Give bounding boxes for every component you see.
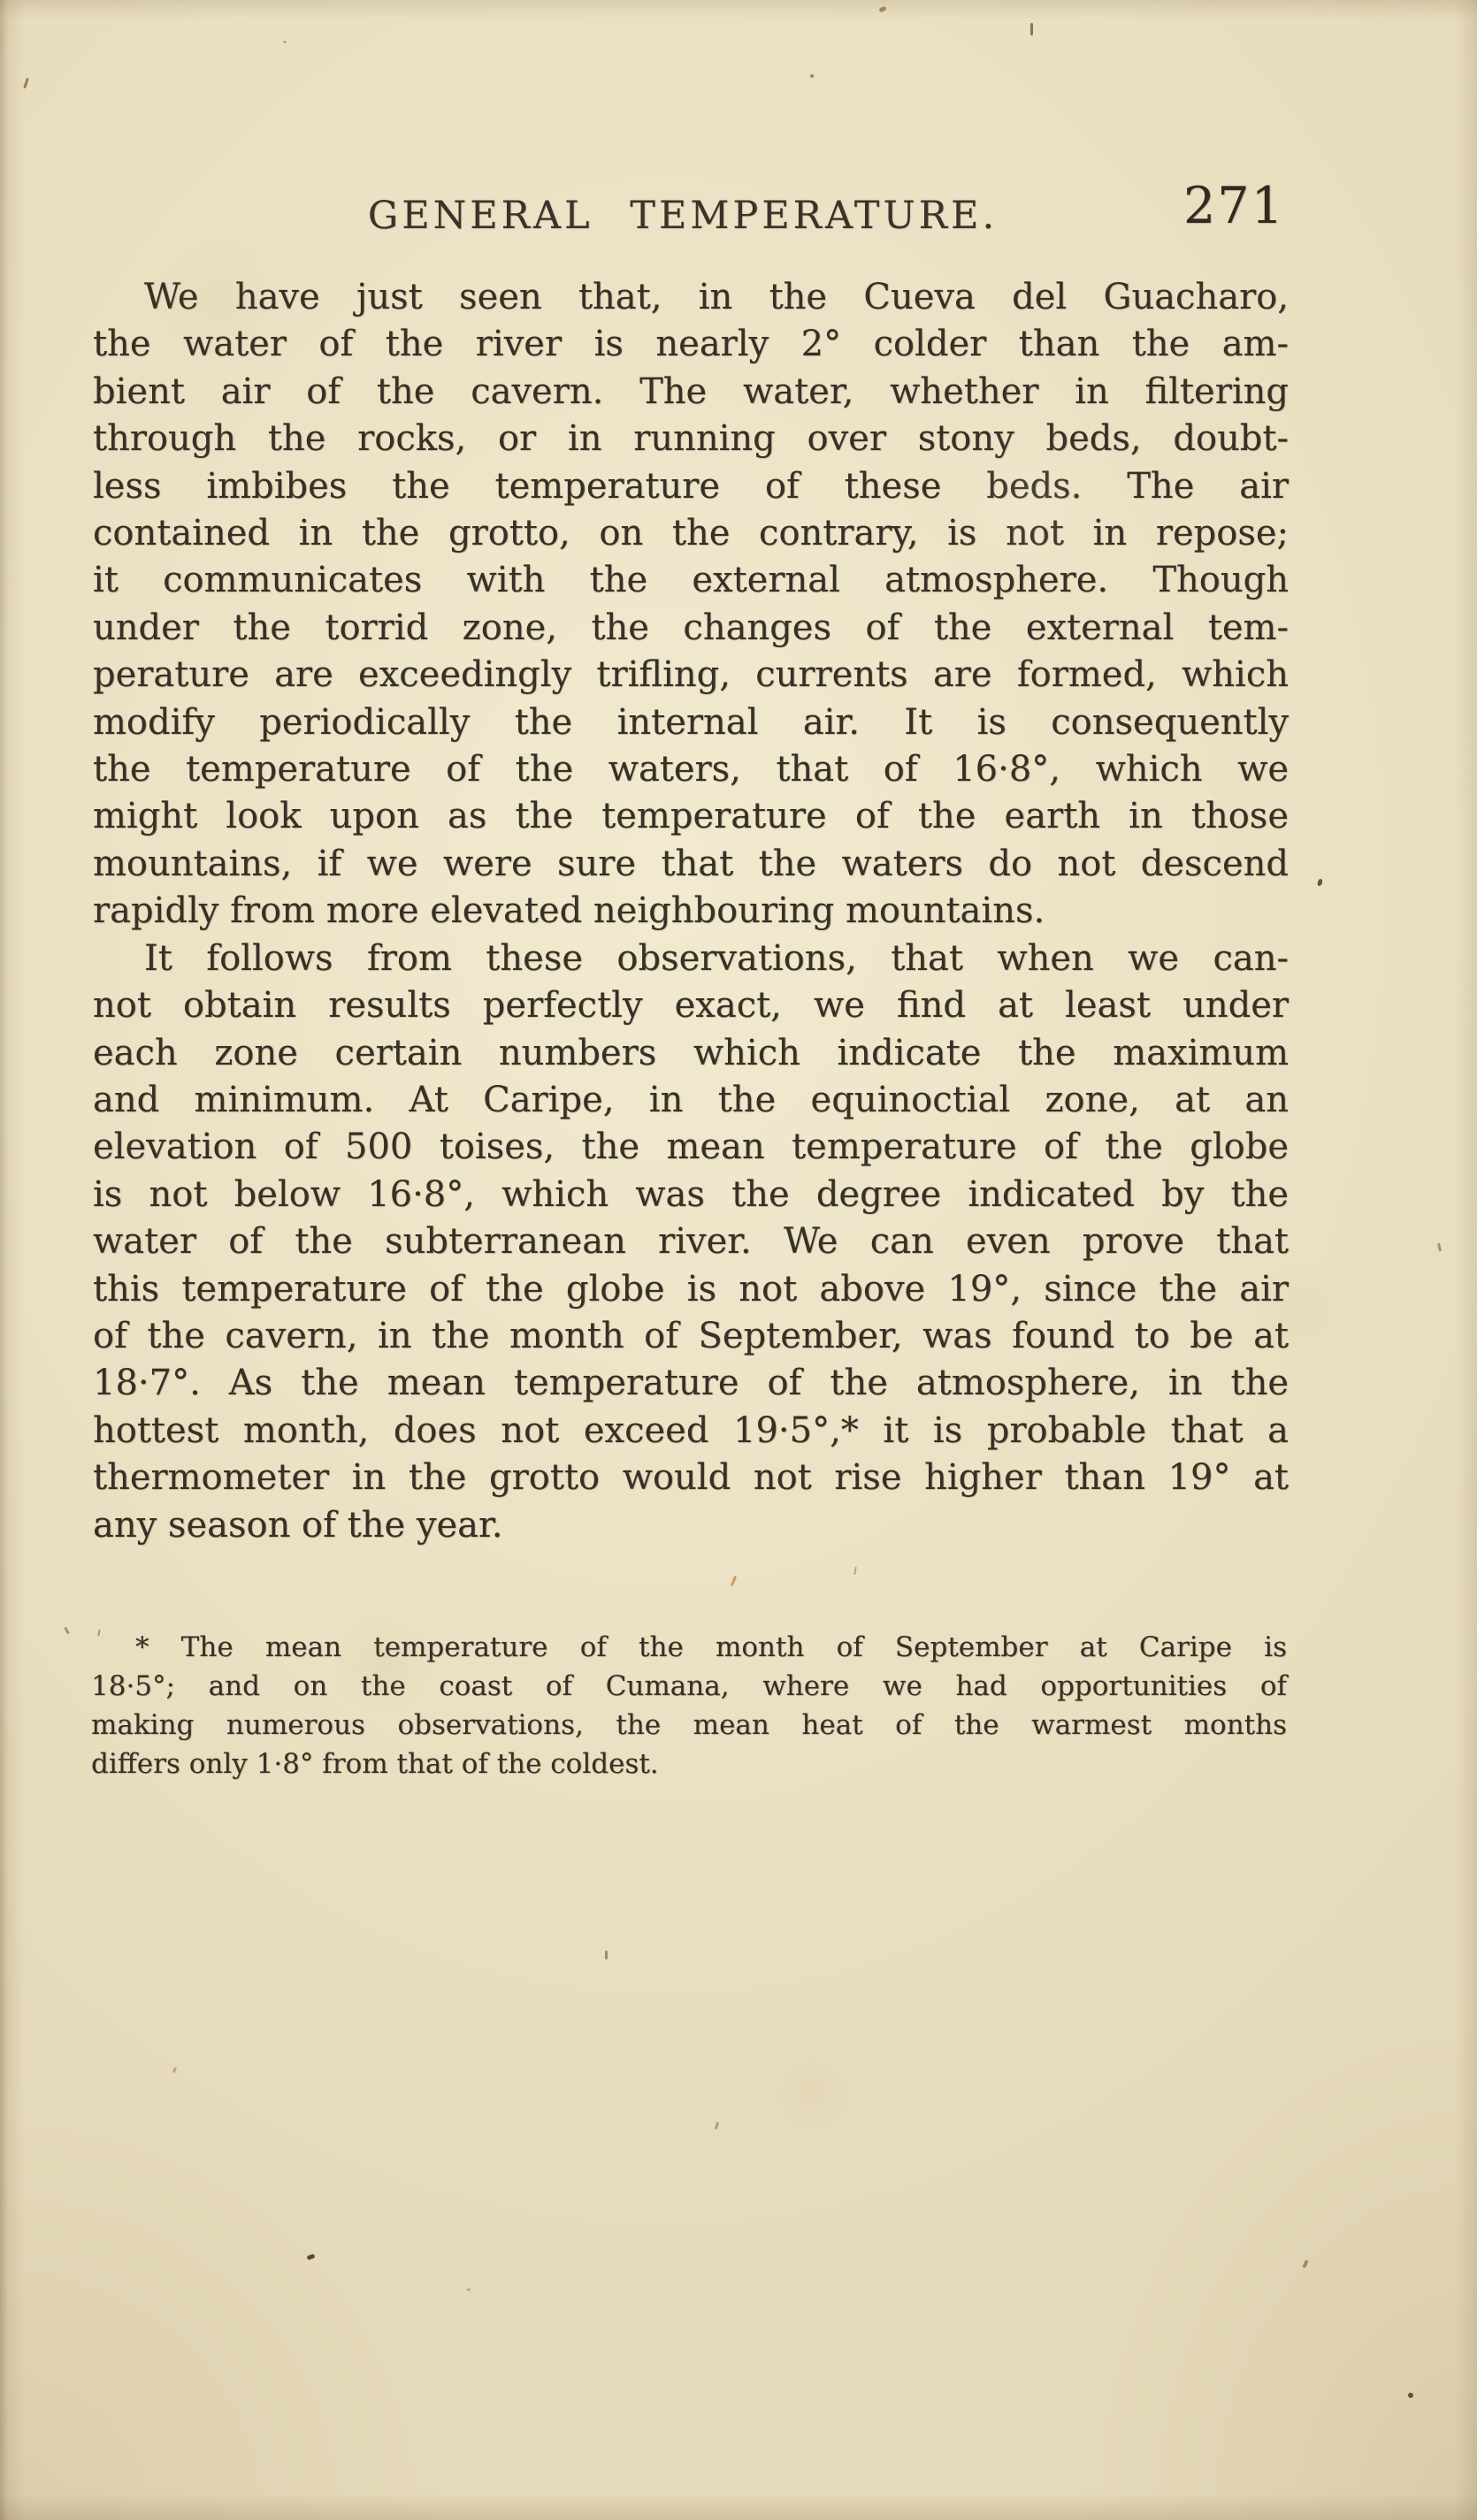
text-line: might look upon as the temperature of th…	[93, 793, 1289, 840]
text-line: elevation of 500 toises, the mean temper…	[93, 1124, 1289, 1171]
text-line: It follows from these observations, that…	[93, 935, 1289, 982]
paper-speck	[878, 6, 886, 13]
paper-speck	[306, 2254, 315, 2261]
footnote-line: differs only 1·8° from that of the colde…	[91, 1745, 1287, 1783]
paragraph: It follows from these observations, that…	[93, 935, 1289, 1549]
text-line: perature are exceedingly trifling, curre…	[93, 652, 1289, 699]
text-line: not obtain results perfectly exact, we f…	[93, 982, 1289, 1029]
text-line: is not below 16·8°, which was the degree…	[93, 1172, 1289, 1218]
page-number: 271	[1183, 177, 1285, 235]
paragraph: We have just seen that, in the Cueva del…	[93, 274, 1289, 935]
paper-speck	[172, 2067, 177, 2073]
running-head: GENERAL TEMPERATURE.	[81, 194, 1284, 238]
paper-speck	[810, 74, 814, 78]
text-line: under the torrid zone, the changes of th…	[93, 605, 1289, 652]
paper-speck	[1317, 879, 1323, 887]
text-line: We have just seen that, in the Cueva del…	[93, 274, 1289, 321]
text-line: water of the subterranean river. We can …	[93, 1218, 1289, 1265]
paper-speck	[23, 78, 29, 88]
paper-speck	[605, 1951, 608, 1959]
text-line: bient air of the cavern. The water, whet…	[93, 369, 1289, 416]
footnote-line: making numerous observations, the mean h…	[91, 1706, 1287, 1745]
paper-speck	[715, 2122, 719, 2130]
text-line: any season of the year.	[93, 1502, 1289, 1549]
paper-speck	[731, 1576, 737, 1586]
paper-speck	[1437, 1243, 1442, 1251]
text-line: hottest month, does not exceed 19·5°,* i…	[93, 1408, 1289, 1455]
book-page: GENERAL TEMPERATURE. 271 We have just se…	[0, 0, 1477, 2520]
paper-speck	[1408, 2393, 1413, 2398]
text-line: contained in the grotto, on the contrary…	[93, 510, 1289, 557]
text-line: less imbibes the temperature of these be…	[93, 463, 1289, 510]
text-line: of the cavern, in the month of September…	[93, 1313, 1289, 1360]
footnote-line: 18·5°; and on the coast of Cumana, where…	[91, 1667, 1287, 1706]
paper-speck	[467, 2288, 471, 2291]
text-line: the temperature of the waters, that of 1…	[93, 746, 1289, 793]
paper-speck	[853, 1567, 857, 1575]
text-line: each zone certain numbers which indicate…	[93, 1030, 1289, 1077]
paper-speck	[64, 1627, 69, 1634]
paper-speck	[1302, 2260, 1308, 2269]
text-line: through the rocks, or in running over st…	[93, 416, 1289, 462]
text-line: it communicates with the external atmosp…	[93, 557, 1289, 604]
text-line: the water of the river is nearly 2° cold…	[93, 321, 1289, 368]
text-line: mountains, if we were sure that the wate…	[93, 841, 1289, 888]
text-line: modify periodically the internal air. It…	[93, 699, 1289, 746]
text-line: and minimum. At Caripe, in the equinocti…	[93, 1077, 1289, 1124]
text-line: this temperature of the globe is not abo…	[93, 1266, 1289, 1313]
text-line: 18·7°. As the mean temperature of the at…	[93, 1360, 1289, 1407]
text-line: thermometer in the grotto would not rise…	[93, 1455, 1289, 1501]
paper-speck	[1030, 23, 1033, 35]
body-text: We have just seen that, in the Cueva del…	[93, 274, 1289, 1549]
paper-speck	[283, 41, 287, 43]
text-line: rapidly from more elevated neighbouring …	[93, 888, 1289, 935]
footnote-line: * The mean temperature of the month of S…	[91, 1628, 1287, 1667]
footnote: * The mean temperature of the month of S…	[91, 1628, 1287, 1783]
